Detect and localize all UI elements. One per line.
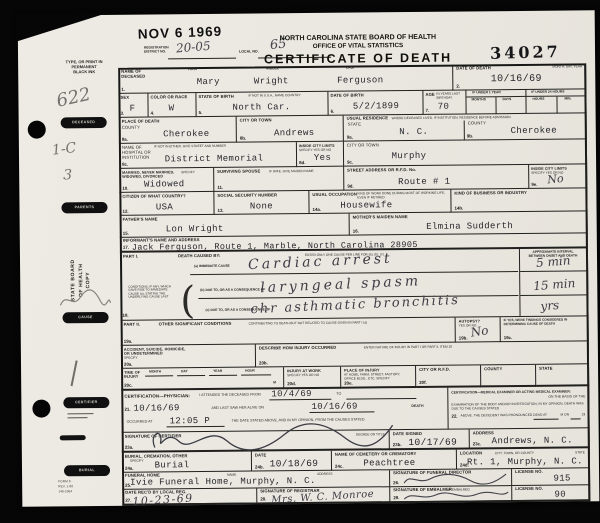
field-registrar-signature: SIGNATURE OF REGISTRAR 28. Mrs. W. C. Mo… (257, 487, 390, 504)
field-age: AGE IN YEARS LAST BIRTHDAY 7. 70 (423, 90, 466, 114)
hole-punch-top (28, 121, 46, 139)
field-residence-city: CITY OR TOWN 9c. Murphy (344, 139, 587, 166)
field-sex: SEX 3. F (118, 94, 148, 118)
field-industry: KIND OF BUSINESS OR INDUSTRY 14b. (451, 188, 587, 212)
certifier-signature (147, 415, 397, 453)
field-certification-medical-examiner: CERTIFICATION—MEDICAL EXAMINER OR ACTING… (448, 386, 589, 429)
field-hospital: NAME OFHOSPITAL ORINSTITUTION IF NOT IN … (119, 142, 297, 169)
torn-corner (16, 13, 108, 42)
field-manner-of-death: ACCIDENT, SUICIDE, HOMICIDE,OR UNDETERMI… (121, 345, 256, 369)
tab-note-line2 (68, 417, 88, 418)
funeral-director-signature (400, 470, 510, 487)
margin-note-1c: 1-C (51, 140, 77, 159)
field-interval-onset-death: APPROXIMATE INTERVALBETWEEN ONSET AND DE… (520, 248, 589, 317)
field-other-significant-conditions: PART II. OTHER SIGNIFICANT CONDITIONS CO… (121, 318, 456, 346)
field-time-of-injury: TIME OFINJURY MONTH DAY YEAR HOUR 20c. M (121, 367, 284, 391)
field-street-address: STREET ADDRESS OR R.F.D. No. 9d. Route #… (344, 165, 529, 191)
field-name-of-deceased: NAME OFDECEASED 1. FIRST MIDDLE LAST Mar… (118, 65, 453, 94)
office-name: OFFICE OF VITAL STATISTICS (253, 42, 463, 51)
field-burial-location: LOCATION CITY, TOWN, OR COUNTY STATE 24d… (457, 448, 590, 469)
embalmer-signature (400, 488, 512, 503)
field-director-license: LICENSE NO. 915 (512, 468, 590, 486)
certificate-sheet: NOV 6 1969 REGISTRATIONDISTRICT NO. 20-0… (18, 10, 600, 507)
form-header: NORTH CAROLINA STATE BOARD OF HEALTH OFF… (253, 34, 463, 67)
field-autopsy-findings: IF YES, WERE FINDINGS CONSIDERED IN DETE… (501, 316, 589, 342)
type-instruction: TYPE, OR PRINT INPERMANENTBLACK INK (48, 59, 120, 75)
field-how-injury-occurred: DESCRIBE HOW INJURY OCCURRED ENTER NATUR… (256, 341, 589, 367)
field-place-of-injury: PLACE OF INJURY AT HOME, FARM, STREET, F… (341, 366, 416, 389)
field-marital-status: MARRIED, NEVER MARRIED,WIDOWED, DIVORCED… (119, 168, 214, 193)
field-pod-county: PLACE OF DEATH COUNTY 8a. Cherokee (119, 117, 237, 144)
tab-fragment (60, 435, 86, 440)
field-father-name: FATHER'S NAME 15. Lon Wright (120, 214, 350, 238)
pencil-slash (71, 360, 78, 386)
field-injury-state: STATE (536, 364, 589, 387)
tab-certifier: CERTIFIER (63, 397, 109, 408)
brace: ( (180, 278, 195, 322)
field-burial-date: DATE 24b. 10/18/69 (252, 451, 332, 472)
tab-burial: BURIAL (64, 465, 110, 476)
field-residence-inside-city-limits: INSIDE CITY LIMITS SPECIFY YES OR NO 9e.… (529, 164, 587, 189)
field-cemetery: NAME OF CEMETERY OR CREMATORY 24c. Peach… (332, 450, 457, 471)
field-certifier-address: ADDRESS 23c. Andrews, N. C. (470, 428, 590, 449)
field-date-of-death: DATE OF DEATH MONTH, DAY, YEAR 2. 10/16/… (453, 63, 586, 90)
tab-deceased: DECEASED (61, 117, 107, 128)
field-occupation: USUAL OCCUPATION KIND OF WORK DONE DURIN… (309, 190, 451, 214)
scanned-death-certificate: NOV 6 1969 REGISTRATIONDISTRICT NO. 20-0… (0, 0, 600, 523)
field-cause-of-death: PART I. DEATH CAUSED BY: ENTER ONLY ONE … (120, 249, 521, 321)
field-color-or-race: COLOR OR RACE 4. W (148, 93, 196, 117)
margin-note-622: 622 (55, 84, 93, 112)
field-usual-residence: USUAL RESIDENCE WHERE DECEASED LIVED. IF… (344, 113, 587, 141)
field-if-under-24-hours: IF UNDER 24 HOURS HOURS MIN. (526, 89, 586, 114)
pencil-scribble (56, 283, 112, 314)
field-if-under-1-year: IF UNDER 1 YEAR MONTHS DAYS (466, 90, 526, 115)
field-pod-city: CITY OR TOWN 8b. Andrews (237, 116, 344, 143)
field-mother-name: MOTHER'S MAIDEN NAME 16. Elmina Sudderth (350, 211, 588, 235)
tab-parents: PARENTS (61, 202, 107, 213)
registration-district-value: 20-05 (175, 39, 211, 56)
registration-district-label: REGISTRATIONDISTRICT NO. (144, 46, 169, 54)
field-autopsy: AUTOPSY? YES OR NO 19b. No (456, 317, 501, 342)
field-surviving-spouse: SURVIVING SPOUSE IF WIFE, GIVE MAIDEN NA… (214, 167, 344, 192)
field-pod-inside-city-limits: INSIDE CITY LIMITS SPECIFY YES OR NO 8d.… (297, 142, 344, 167)
field-embalmer-license: LICENSE NO. 90 (512, 485, 590, 502)
field-injury-city: CITY OR R.F.D. 20f. (416, 365, 481, 388)
reg-blank-line (168, 58, 236, 60)
form-number-note: FORM 8REV. 1-68146-1964 (58, 479, 73, 494)
hole-punch-bottom (32, 399, 50, 417)
tab-cause: CAUSE (63, 312, 109, 323)
margin-note-3: 3 (63, 167, 72, 183)
field-date-received: DATE REC'D BY LOCAL REG. 27. 10-23-69 (122, 489, 257, 506)
field-injury-county: COUNTY (481, 365, 536, 388)
tab-note-line1 (67, 413, 93, 414)
field-burial-type: BURIAL, CREMATION, OTHER SPECIFY 24a. Bu… (122, 452, 252, 473)
field-date-signed: DATE SIGNED 23b. 10/17/69 (390, 429, 470, 450)
field-state-of-birth: STATE OF BIRTH IF NOT IN U.S.A., NAME CO… (196, 92, 328, 117)
field-injury-at-work: INJURY AT WORK SPECIFY YES OR NO 20d. (284, 367, 341, 390)
field-citizen: CITIZEN OF WHAT COUNTRY? 12. USA (119, 192, 214, 216)
field-ssn: SOCIAL SECURITY NUMBER 13. None (214, 191, 309, 215)
serial-number: 34027 (490, 42, 561, 63)
field-date-of-birth: DATE OF BIRTH 6. 5/2/1899 (328, 91, 423, 116)
